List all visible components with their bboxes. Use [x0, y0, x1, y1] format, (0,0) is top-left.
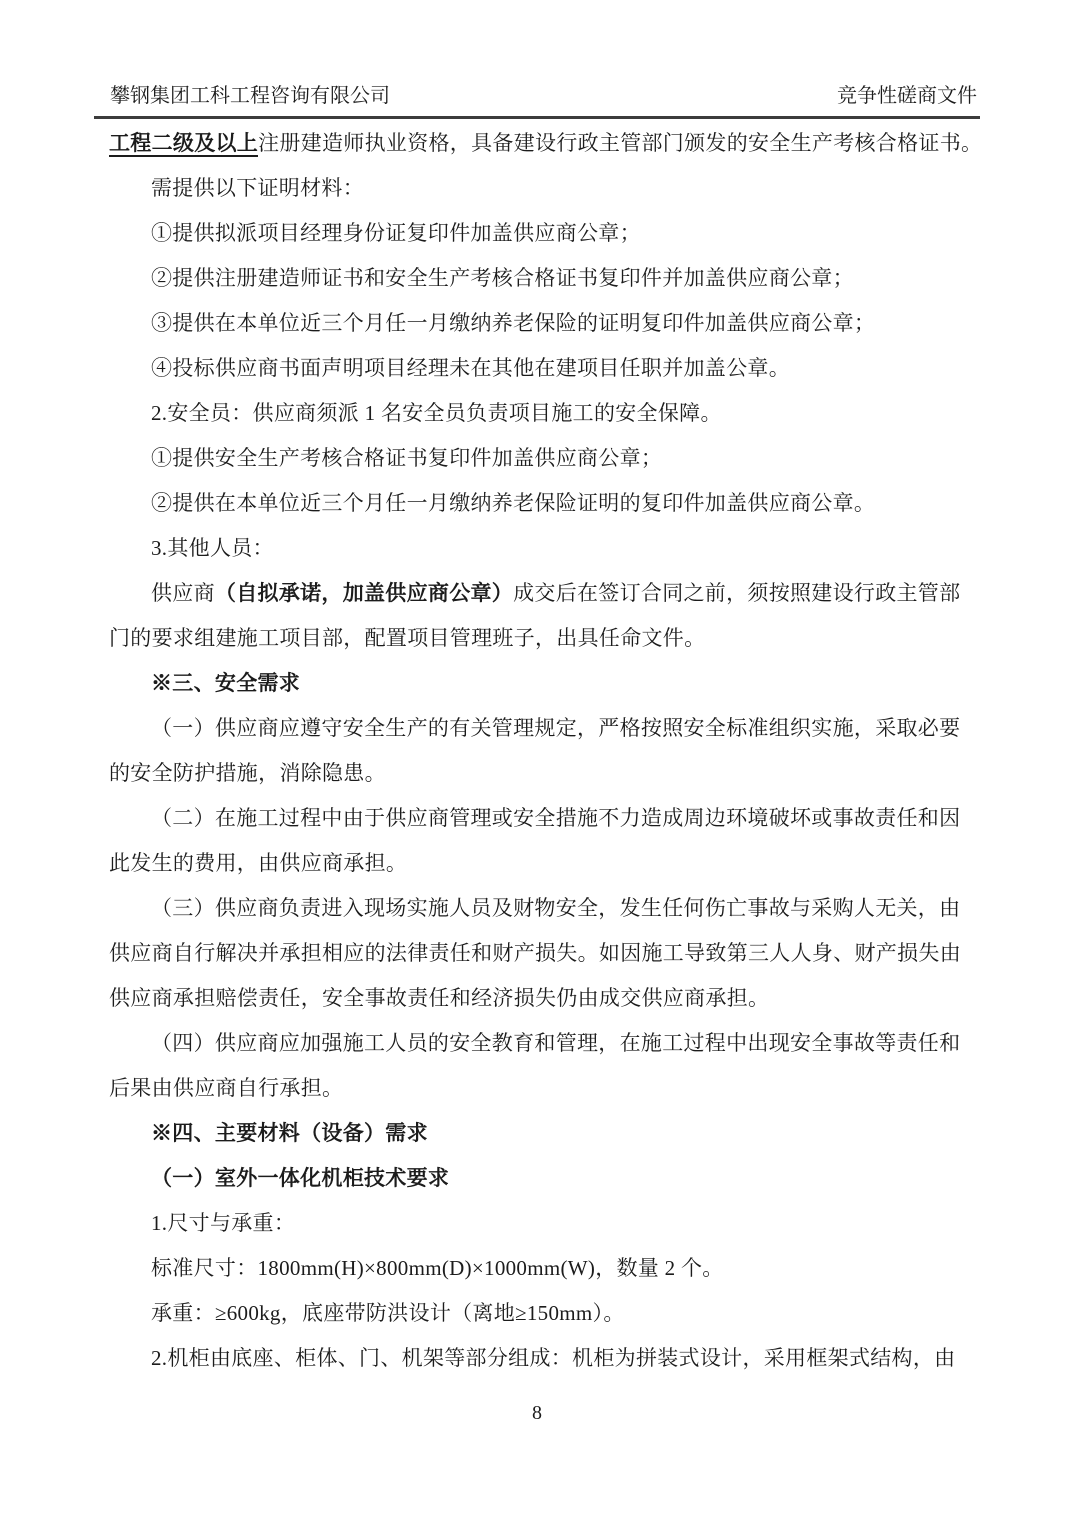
- list-item-circle-2: ②提供注册建造师证书和安全生产考核合格证书复印件并加盖供应商公章；: [109, 256, 977, 301]
- text-line: （三）供应商负责进入现场实施人员及财物安全，发生任何伤亡事故与采购人无关，由: [109, 886, 977, 931]
- bold-underlined-run: 工程二级及以上: [109, 131, 258, 157]
- text-line: 供应商（自拟承诺，加盖供应商公章）成交后在签订合同之前，须按照建设行政主管部: [109, 571, 977, 616]
- list-item-circle-1: ①提供拟派项目经理身份证复印件加盖供应商公章；: [109, 211, 977, 256]
- text-line: （四）供应商应加强施工人员的安全教育和管理，在施工过程中出现安全事故等责任和: [109, 1021, 977, 1066]
- item-cabinet-structure: 2.机柜由底座、柜体、门、机架等部分组成：机柜为拼装式设计，采用框架式结构，由: [109, 1336, 977, 1381]
- text-line: 供应商自行解决并承担相应的法律责任和财产损失。如因施工导致第三人人身、财产损失由: [109, 931, 977, 976]
- document-page: 攀钢集团工科工程咨询有限公司 竞争性磋商文件 工程二级及以上注册建造师执业资格，…: [0, 0, 1074, 1520]
- page-number: 8: [0, 1398, 1074, 1428]
- item-size-load: 1.尺寸与承重：: [109, 1201, 977, 1246]
- page-header: 攀钢集团工科工程咨询有限公司 竞争性磋商文件: [109, 82, 977, 112]
- bold-run: （自拟承诺，加盖供应商公章）: [215, 581, 513, 605]
- list-item-circle-4: ④投标供应商书面声明项目经理未在其他在建项目任职并加盖公章。: [109, 346, 977, 391]
- subsection-heading-cabinet: （一）室外一体化机柜技术要求: [109, 1156, 977, 1201]
- text-line: （二）在施工过程中由于供应商管理或安全措施不力造成周边环境破坏或事故责任和因: [109, 796, 977, 841]
- text-run: 注册建造师执业资格，具备建设行政主管部门颁发的安全生产考核合格证书。: [258, 131, 982, 155]
- section-heading-materials: ※四、主要材料（设备）需求: [109, 1111, 977, 1156]
- text-run: 成交后在签订合同之前，须按照建设行政主管部: [513, 581, 960, 605]
- text-line: （一）供应商应遵守安全生产的有关管理规定，严格按照安全标准组织实施，采取必要: [109, 706, 977, 751]
- text-run: 供应商: [151, 581, 215, 605]
- item-other-personnel: 3.其他人员：: [109, 526, 977, 571]
- text-line: 后果由供应商自行承担。: [109, 1066, 977, 1111]
- spec-standard-size: 标准尺寸：1800mm(H)×800mm(D)×1000mm(W)，数量 2 个…: [109, 1246, 977, 1291]
- header-document-type: 竞争性磋商文件: [837, 82, 977, 110]
- text-line: 工程二级及以上注册建造师执业资格，具备建设行政主管部门颁发的安全生产考核合格证书…: [109, 121, 977, 166]
- list-item-circle-1: ①提供安全生产考核合格证书复印件加盖供应商公章；: [109, 436, 977, 481]
- list-item-circle-3: ③提供在本单位近三个月任一月缴纳养老保险的证明复印件加盖供应商公章；: [109, 301, 977, 346]
- text-line: 的安全防护措施，消除隐患。: [109, 751, 977, 796]
- section-heading-safety: ※三、安全需求: [109, 661, 977, 706]
- spec-load-capacity: 承重：≥600kg，底座带防洪设计（离地≥150mm）。: [109, 1291, 977, 1336]
- header-company-name: 攀钢集团工科工程咨询有限公司: [110, 82, 390, 110]
- document-body: 工程二级及以上注册建造师执业资格，具备建设行政主管部门颁发的安全生产考核合格证书…: [109, 121, 977, 1381]
- text-line: 门的要求组建施工项目部，配置项目管理班子，出具任命文件。: [109, 616, 977, 661]
- text-line: 需提供以下证明材料：: [109, 166, 977, 211]
- text-line: 供应商承担赔偿责任，安全事故责任和经济损失仍由成交供应商承担。: [109, 976, 977, 1021]
- header-rule: [94, 116, 980, 119]
- text-line: 此发生的费用，由供应商承担。: [109, 841, 977, 886]
- list-item-circle-2: ②提供在本单位近三个月任一月缴纳养老保险证明的复印件加盖供应商公章。: [109, 481, 977, 526]
- item-safety-officer: 2.安全员：供应商须派 1 名安全员负责项目施工的安全保障。: [109, 391, 977, 436]
